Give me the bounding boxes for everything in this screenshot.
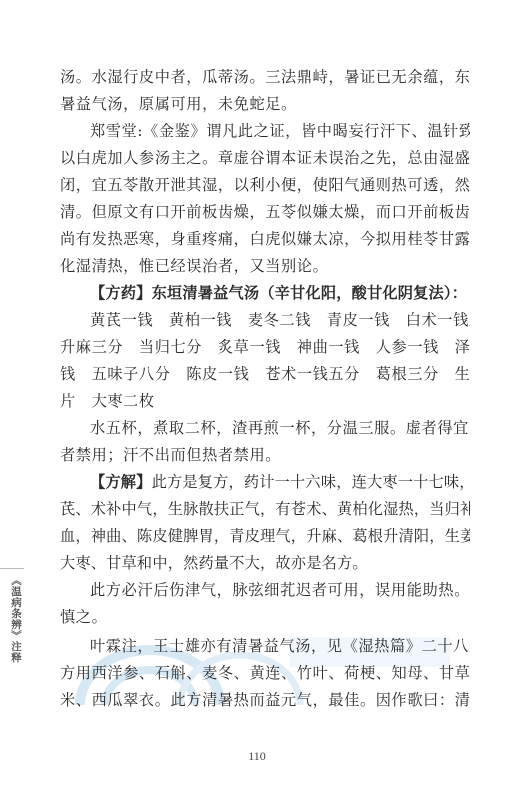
line-text: 此方必汗后伤津气，脉弦细芤迟者可用，误用能助热。 [90,581,470,599]
text-line: 片 大枣二枚 [60,388,470,415]
text-line: 汤。水湿行皮中者，瓜蒂汤。三法鼎峙，暑证已无余蕴，东垣清 [60,64,470,91]
text-line: 化湿清热，惟已经误治者，又当别论。 [60,253,470,280]
page-number: 110 [0,749,514,764]
line-text: 叶霖注，王士雄亦有清暑益气汤，见《湿热篇》二十八条， [90,637,470,655]
text-line: 闭，宜五苓散开泄其湿，以利小便，使阳气通则热可透，然后再 [60,172,470,199]
text-line: 钱 五味子八分 陈皮一钱 苍术一钱五分 葛根三分 生姜二 [60,361,470,388]
text-line: 此方必汗后伤津气，脉弦细芤迟者可用，误用能助热。 [60,577,470,604]
text-line: 血，神曲、陈皮健脾胃，青皮理气，升麻、葛根升清阳，生姜、 [60,523,470,550]
text-line: 水五杯，煮取二杯，渣再煎一杯，分温三服。虚者得宜，实 [60,415,470,442]
text-line: 升麻三分 当归七分 炙草一钱 神曲一钱 人参一钱 泽泻一 [60,334,470,361]
line-text: 血，神曲、陈皮健脾胃，青皮理气，升麻、葛根升清阳，生姜、 [60,527,470,545]
line-text: 升麻三分 当归七分 炙草一钱 神曲一钱 人参一钱 泽泻一 [60,338,470,356]
text-line: 以白虎加人参汤主之。章虚谷谓本证未误治之先，总由湿盛热 [60,145,470,172]
line-text: 慎之。 [60,608,107,626]
text-line: 叶霖注，王士雄亦有清暑益气汤，见《湿热篇》二十八条， [60,633,470,660]
text-line: 郑雪堂:《金鉴》谓凡此之证，皆中暍妄行汗下、温针致变， [60,118,470,145]
text-line: 慎之。 [60,604,470,631]
line-text: 者禁用；汗不出而但热者禁用。 [60,446,281,464]
line-text: 汤。水湿行皮中者，瓜蒂汤。三法鼎峙，暑证已无余蕴，东垣清 [60,68,470,86]
text-line: 暑益气汤，原属可用，未免蛇足。 [60,91,470,118]
text-line: 芪、术补中气，生脉散扶正气，有苍术、黄柏化湿热，当归补 [60,496,470,523]
section-heading: 【方药】 [90,284,152,302]
text-line: 方用西洋参、石斛、麦冬、黄连、竹叶、荷梗、知母、甘草、粳 [60,660,470,687]
text-line: 者禁用；汗不出而但热者禁用。 [60,442,470,469]
line-text: 水五杯，煮取二杯，渣再煎一杯，分温三服。虚者得宜，实 [90,419,470,437]
text-line: 黄芪一钱 黄柏一钱 麦冬二钱 青皮一钱 白术一钱五分 [60,307,470,334]
line-text: 暑益气汤，原属可用，未免蛇足。 [60,95,297,113]
text-line: 【方解】此方是复方，药计一十六味，连大枣一十七味，有 [60,469,470,496]
body-text: 汤。水湿行皮中者，瓜蒂汤。三法鼎峙，暑证已无余蕴，东垣清暑益气汤，原属可用，未免… [60,64,470,714]
line-text: 郑雪堂:《金鉴》谓凡此之证，皆中暍妄行汗下、温针致变， [90,122,470,140]
line-text: 黄芪一钱 黄柏一钱 麦冬二钱 青皮一钱 白术一钱五分 [90,311,470,329]
text-line: 大枣、甘草和中，然药量不大，故亦是名方。 [60,550,470,577]
line-text: 芪、术补中气，生脉散扶正气，有苍术、黄柏化湿热，当归补 [60,500,470,518]
line-text: 清。但原文有口开前板齿燥，五苓似嫌太燥，而口开前板齿燥， [60,203,470,221]
line-text: 方用西洋参、石斛、麦冬、黄连、竹叶、荷梗、知母、甘草、粳 [60,664,470,682]
book-title-side-label: 《温病条辨》注释 [6,575,22,663]
line-text: 化湿清热，惟已经误治者，又当别论。 [60,257,328,275]
line-text: 片 大枣二枚 [60,392,155,410]
text-line: 尚有发热恶寒，身重疼痛，白虎似嫌太凉，今拟用桂苓甘露饮， [60,226,470,253]
text-line: 【方药】东垣清暑益气汤（辛甘化阳，酸甘化阴复法）： [60,280,470,307]
line-text: 尚有发热恶寒，身重疼痛，白虎似嫌太凉，今拟用桂苓甘露饮， [60,230,470,248]
line-text: 闭，宜五苓散开泄其湿，以利小便，使阳气通则热可透，然后再 [60,176,470,194]
side-divider [0,568,24,569]
section-heading: 【方解】 [90,473,152,491]
line-text: 钱 五味子八分 陈皮一钱 苍术一钱五分 葛根三分 生姜二 [60,365,470,383]
line-text: 米、西瓜翠衣。此方清暑热而益元气，最佳。因作歌曰：清暑 [60,691,470,709]
text-line: 清。但原文有口开前板齿燥，五苓似嫌太燥，而口开前板齿燥， [60,199,470,226]
text-line: 米、西瓜翠衣。此方清暑热而益元气，最佳。因作歌曰：清暑 [60,687,470,714]
line-text: 大枣、甘草和中，然药量不大，故亦是名方。 [60,554,368,572]
line-text: 此方是复方，药计一十六味，连大枣一十七味，有 [152,473,470,491]
book-page: 汤。水湿行皮中者，瓜蒂汤。三法鼎峙，暑证已无余蕴，东垣清暑益气汤，原属可用，未免… [0,0,514,800]
line-text: 东垣清暑益气汤（辛甘化阳，酸甘化阴复法）： [152,284,468,302]
line-text: 以白虎加人参汤主之。章虚谷谓本证未误治之先，总由湿盛热 [60,149,470,167]
